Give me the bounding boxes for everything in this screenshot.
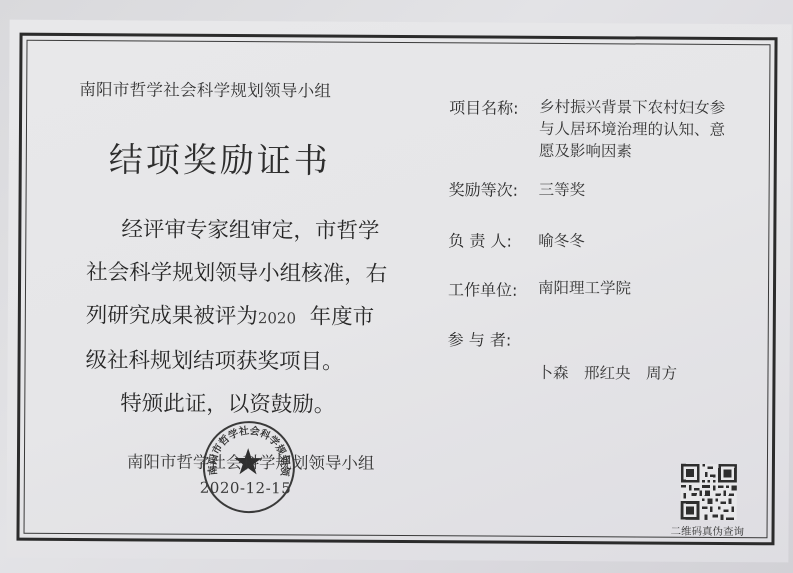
signature-organization: 南阳市哲学社会科学规划领导小组 <box>127 448 375 474</box>
body-line-3: 列研究成果被评为2020 年度市 <box>86 294 406 341</box>
signature-date: 2020-12-15 <box>200 479 292 498</box>
certificate-title: 结项奖励证书 <box>109 132 331 182</box>
award-year: 2020 <box>258 309 296 327</box>
project-name-line-3: 愿及影响因素 <box>539 140 725 163</box>
certificate-paper: 南阳市哲学社会科学规划领导小组 结项奖励证书 经评审专家组审定，市哲学 社会科学… <box>6 20 791 563</box>
body-line-4: 级社科规划结项获奖项目。 <box>85 339 405 384</box>
award-level-label: 奖励等次: <box>449 177 519 200</box>
project-name-line-1: 乡村振兴背景下农村妇女参 <box>539 96 725 119</box>
qr-verification-caption: 二维码真伪查询 <box>670 524 744 539</box>
body-line-1: 经评审专家组审定，市哲学 <box>86 208 406 253</box>
project-name-value: 乡村振兴背景下农村妇女参 与人居环境治理的认知、意 愿及影响因素 <box>539 96 725 163</box>
work-unit-label: 工作单位: <box>448 277 518 300</box>
award-level-value: 三等奖 <box>539 178 586 200</box>
year-suffix: 年度市 <box>310 304 375 329</box>
issuer-heading: 南阳市哲学社会科学规划领导小组 <box>79 76 331 102</box>
participants-label: 参 与 者: <box>448 327 512 350</box>
body-line-2: 社会科学规划领导小组核准，右 <box>86 251 406 296</box>
certificate-body: 经评审专家组审定，市哲学 社会科学规划领导小组核准，右 列研究成果被评为2020… <box>85 208 406 427</box>
project-name-line-2: 与人居环境治理的认知、意 <box>539 118 725 141</box>
participants-value: 卜森 邢红央 周方 <box>537 361 677 384</box>
project-name-label: 项目名称: <box>449 95 519 118</box>
body-line-3-text: 列研究成果被评为 <box>86 303 258 329</box>
leader-value: 喻冬冬 <box>538 229 585 251</box>
qr-code-icon[interactable] <box>681 464 737 520</box>
leader-label: 负 责 人: <box>448 228 512 251</box>
work-unit-value: 南阳理工学院 <box>538 276 631 299</box>
